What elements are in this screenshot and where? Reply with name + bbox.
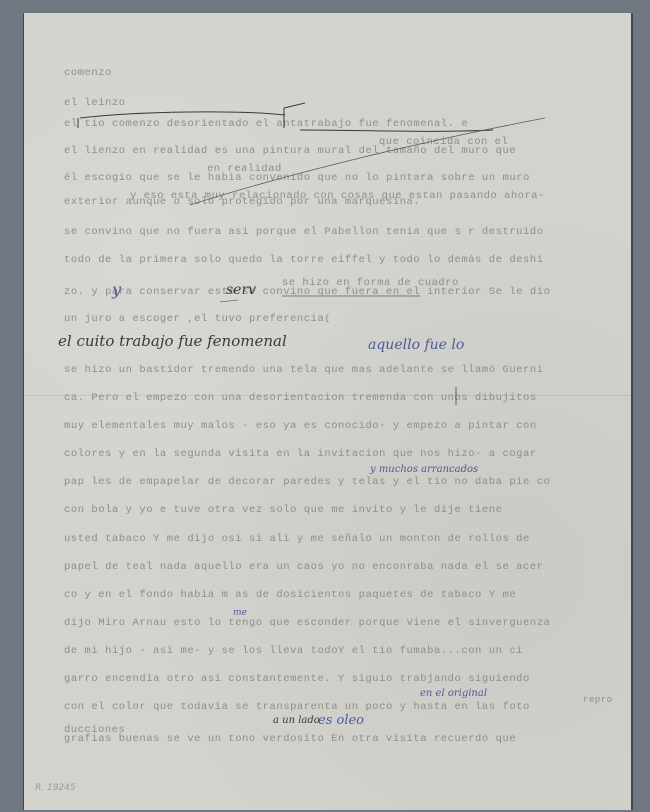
pen-marks bbox=[0, 0, 650, 812]
catalog-number: R. 19245 bbox=[35, 783, 76, 793]
